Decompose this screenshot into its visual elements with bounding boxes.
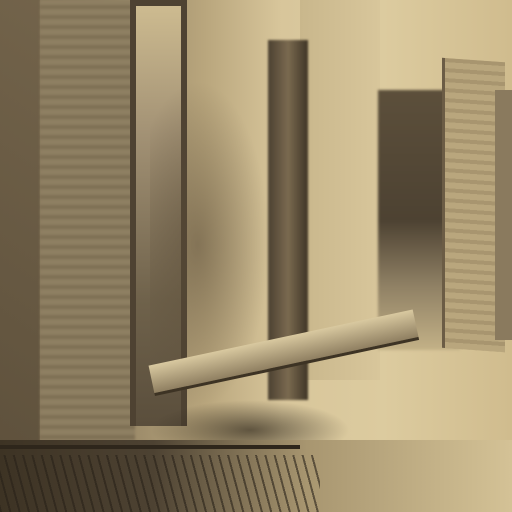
ground-line xyxy=(0,445,300,449)
grass-strokes xyxy=(0,455,320,512)
sepia-building-sketch xyxy=(0,0,512,512)
far-right-edge xyxy=(495,90,512,340)
left-shutter xyxy=(40,0,135,445)
left-wall xyxy=(0,0,40,440)
